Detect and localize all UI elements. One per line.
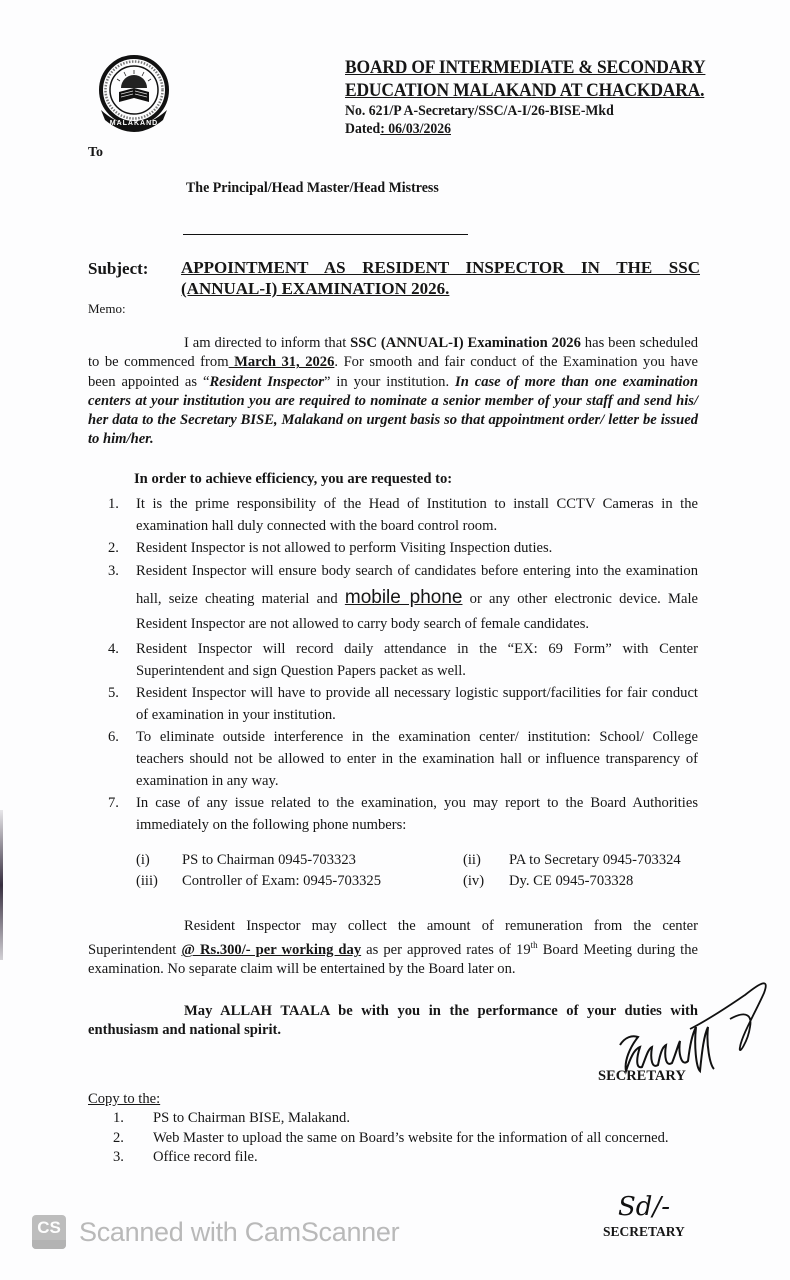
remuneration-rate: @ Rs.300/- per working day (181, 942, 361, 958)
phone-row: (iii) Controller of Exam: 0945-703325 (i… (136, 871, 696, 892)
scan-edge-shadow (0, 810, 3, 960)
board-title-line2: EDUCATION MALAKAND AT CHACKDARA. (345, 79, 705, 102)
phone-entry-ps-chairman: PS to Chairman 0945-703323 (182, 850, 463, 871)
item-number: 1. (113, 1109, 153, 1129)
list-item: 4.Resident Inspector will record daily a… (108, 638, 698, 682)
phone-entry-pa-secretary: PA to Secretary 0945-703324 (509, 850, 681, 871)
phone-index: (i) (136, 850, 182, 871)
camscanner-watermark: CS Scanned with CamScanner (32, 1215, 399, 1249)
list-item: 3.Resident Inspector will ensure body se… (108, 559, 698, 638)
item-text: Office record file. (153, 1148, 258, 1168)
item-text: Web Master to upload the same on Board’s… (153, 1129, 669, 1149)
signatory-title: SECRETARY (598, 1068, 686, 1085)
svg-text:MALAKAND: MALAKAND (110, 120, 158, 127)
dated-label: Dated (345, 121, 380, 137)
item-number: 4. (108, 638, 136, 682)
list-item: 1.It is the prime responsibility of the … (108, 493, 698, 537)
subject-label: Subject: (88, 259, 148, 279)
item-text: In case of any issue related to the exam… (136, 792, 698, 836)
list-item: 7.In case of any issue related to the ex… (108, 792, 698, 836)
list-item: 3.Office record file. (113, 1148, 669, 1168)
dated-value: : 06/03/2026 (380, 121, 451, 137)
item-number: 7. (108, 792, 136, 836)
phone-entry-dy-ce: Dy. CE 0945-703328 (509, 871, 633, 892)
item-number: 3. (113, 1148, 153, 1168)
item-text: Resident Inspector is not allowed to per… (136, 537, 698, 559)
item-text: Resident Inspector will record daily att… (136, 638, 698, 682)
memo-label: Memo: (88, 301, 126, 317)
list-item: 6.To eliminate outside interference in t… (108, 726, 698, 792)
to-label: To (88, 145, 103, 161)
appointed-role: Resident Inspector (209, 374, 324, 390)
item-number: 5. (108, 682, 136, 726)
watermark-text: Scanned with CamScanner (79, 1217, 399, 1248)
intro-paragraph: I am directed to inform that SSC (ANNUAL… (88, 334, 698, 450)
remuneration-paragraph: Resident Inspector may collect the amoun… (88, 917, 698, 980)
reference-number: No. 621/P A-Secretary/SSC/A-I/26-BISE-Mk… (345, 103, 614, 120)
addressee: The Principal/Head Master/Head Mistress (186, 180, 439, 197)
list-item: 2.Resident Inspector is not allowed to p… (108, 537, 698, 559)
intro-text-1: I am directed to inform that (184, 335, 350, 351)
requests-heading: In order to achieve efficiency, you are … (134, 471, 452, 488)
phone-numbers: (i) PS to Chairman 0945-703323 (ii) PA t… (136, 850, 696, 892)
copy-to-heading: Copy to the: (88, 1091, 160, 1108)
copy-to-list: 1.PS to Chairman BISE, Malakand. 2.Web M… (113, 1109, 669, 1168)
camscanner-logo-icon: CS (32, 1215, 66, 1249)
phone-index: (iii) (136, 871, 182, 892)
subject-line2: (ANNUAL-I) EXAMINATION 2026. (181, 279, 449, 298)
list-item: 1.PS to Chairman BISE, Malakand. (113, 1109, 669, 1129)
remuneration-text-2: as per approved rates of 19 (361, 942, 531, 958)
footer-signatory-title: SECRETARY (603, 1224, 685, 1240)
item-text: PS to Chairman BISE, Malakand. (153, 1109, 350, 1129)
intro-text-4: ” in your institution. (324, 374, 455, 390)
bise-seal-logo-icon: MALAKAND (93, 52, 175, 134)
item-number: 3. (108, 559, 136, 638)
address-blank-line (183, 234, 468, 235)
phone-index: (iv) (463, 871, 509, 892)
sd-mark-text: Sd/- (618, 1192, 670, 1222)
item-text: Resident Inspector will ensure body sear… (136, 559, 698, 638)
item-number: 2. (113, 1129, 153, 1149)
item-number: 6. (108, 726, 136, 792)
camscanner-badge-text: CS (37, 1218, 61, 1238)
item-text: To eliminate outside interference in the… (136, 726, 698, 792)
list-item: 2.Web Master to upload the same on Board… (113, 1129, 669, 1149)
item-number: 1. (108, 493, 136, 537)
list-item: 5.Resident Inspector will have to provid… (108, 682, 698, 726)
mobile-phone-emphasis: mobile phone (345, 587, 463, 608)
board-title-line1: BOARD OF INTERMEDIATE & SECONDARY (345, 56, 705, 79)
phone-index: (ii) (463, 850, 509, 871)
ordinal-suffix: th (531, 940, 538, 950)
item-text: It is the prime responsibility of the He… (136, 493, 698, 537)
requests-list: 1.It is the prime responsibility of the … (108, 493, 698, 836)
letter-date: Dated: 06/03/2026 (345, 121, 451, 138)
subject-text: APPOINTMENT AS RESIDENT INSPECTOR IN THE… (181, 257, 700, 299)
item-text: Resident Inspector will have to provide … (136, 682, 698, 726)
phone-entry-controller: Controller of Exam: 0945-703325 (182, 871, 463, 892)
phone-row: (i) PS to Chairman 0945-703323 (ii) PA t… (136, 850, 696, 871)
board-title: BOARD OF INTERMEDIATE & SECONDARY EDUCAT… (345, 56, 705, 102)
subject-line1: APPOINTMENT AS RESIDENT INSPECTOR IN THE… (181, 257, 700, 278)
exam-name: SSC (ANNUAL-I) Examination 2026 (350, 335, 581, 351)
item-number: 2. (108, 537, 136, 559)
commencement-date: March 31, 2026 (229, 354, 335, 370)
